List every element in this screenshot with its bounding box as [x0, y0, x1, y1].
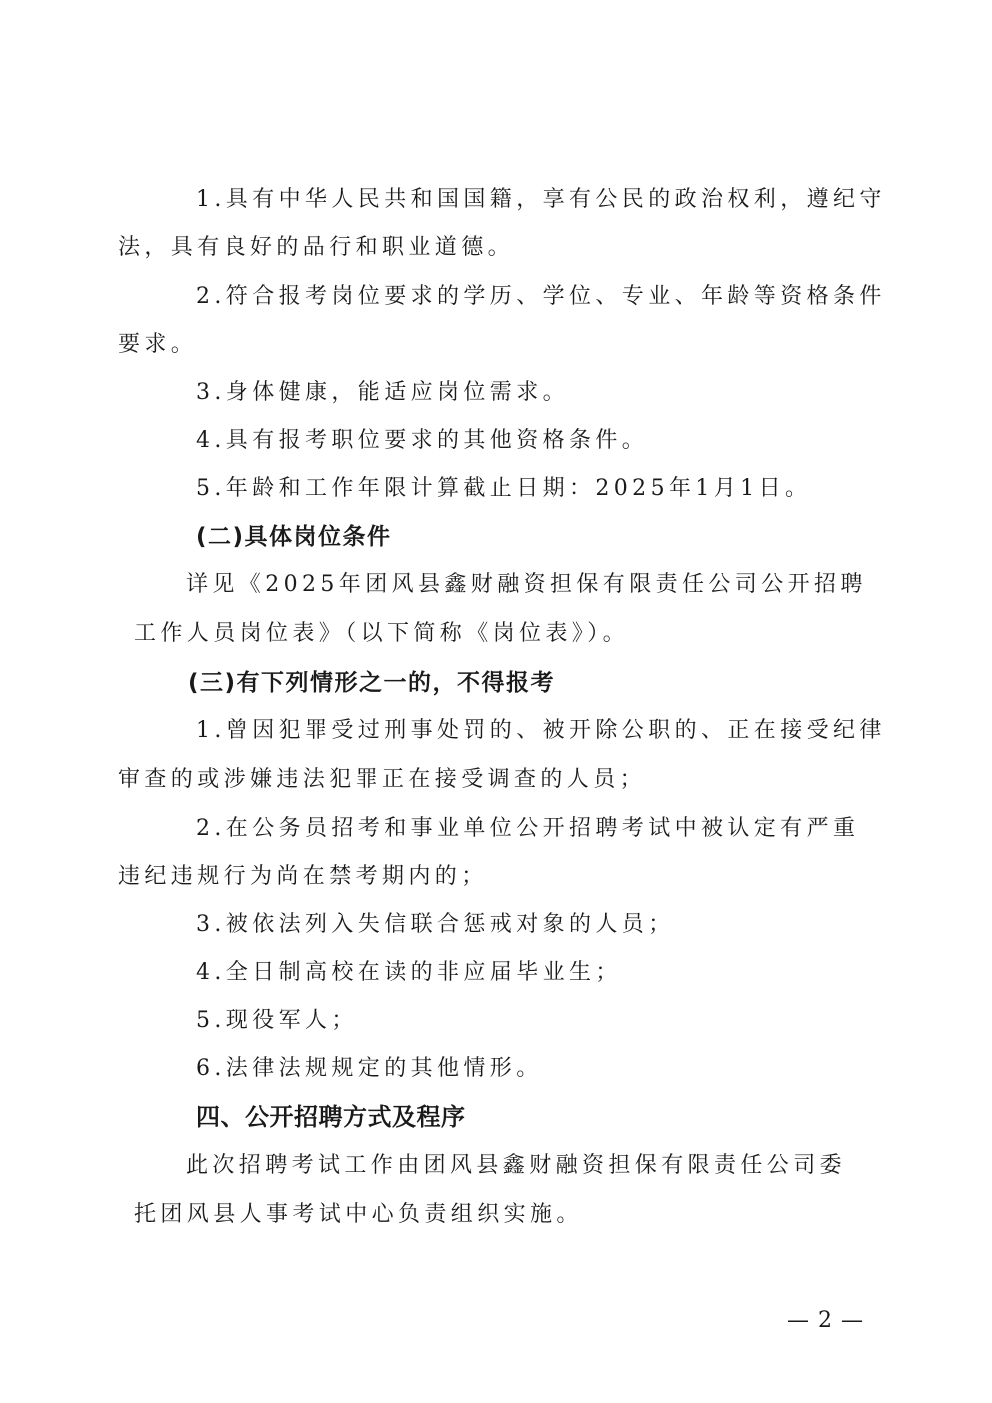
- qualification-5: 5.年龄和工作年限计算截止日期：2025年1月1日。: [196, 474, 811, 504]
- disqualification-6: 6.法律法规规定的其他情形。: [196, 1054, 543, 1084]
- disqualification-2-line-2: 违纪违规行为尚在禁考期内的；: [118, 862, 488, 892]
- disqualification-5: 5.现役军人；: [196, 1006, 358, 1036]
- disqualification-2-line-1: 2.在公务员招考和事业单位公开招聘考试中被认定有严重: [196, 814, 859, 844]
- qualification-1-line-1: 1.具有中华人民共和国国籍，享有公民的政治权利，遵纪守: [196, 185, 886, 215]
- qualification-4: 4.具有报考职位要求的其他资格条件。: [196, 426, 648, 456]
- disqualification-3: 3.被依法列入失信联合惩戒对象的人员；: [196, 910, 675, 940]
- qualification-2-line-2: 要求。: [118, 330, 197, 360]
- specific-conditions-line-1: 详见《2025年团风县鑫财融资担保有限责任公司公开招聘: [186, 570, 867, 600]
- procedure-line-2: 托团风县人事考试中心负责组织实施。: [134, 1200, 583, 1230]
- qualification-3: 3.身体健康，能适应岗位需求。: [196, 378, 569, 408]
- section-heading-disqualifications: (三)有下列情形之一的，不得报考: [188, 668, 555, 698]
- specific-conditions-line-2: 工作人员岗位表》（以下简称《岗位表》）。: [134, 619, 629, 649]
- section-heading-recruitment-procedure: 四、公开招聘方式及程序: [196, 1102, 466, 1132]
- procedure-line-1: 此次招聘考试工作由团风县鑫财融资担保有限责任公司委: [186, 1151, 846, 1181]
- disqualification-1-line-1: 1.曾因犯罪受过刑事处罚的、被开除公职的、正在接受纪律: [196, 716, 886, 746]
- page-number: — 2 —: [787, 1306, 864, 1336]
- disqualification-4: 4.全日制高校在读的非应届毕业生；: [196, 958, 622, 988]
- qualification-2-line-1: 2.符合报考岗位要求的学历、学位、专业、年龄等资格条件: [196, 282, 886, 312]
- qualification-1-line-2: 法，具有良好的品行和职业道德。: [118, 233, 514, 263]
- section-heading-specific-conditions: (二)具体岗位条件: [196, 522, 392, 552]
- document-page: 1.具有中华人民共和国国籍，享有公民的政治权利，遵纪守 法，具有良好的品行和职业…: [0, 0, 992, 1403]
- disqualification-1-line-2: 审查的或涉嫌违法犯罪正在接受调查的人员；: [118, 765, 646, 795]
